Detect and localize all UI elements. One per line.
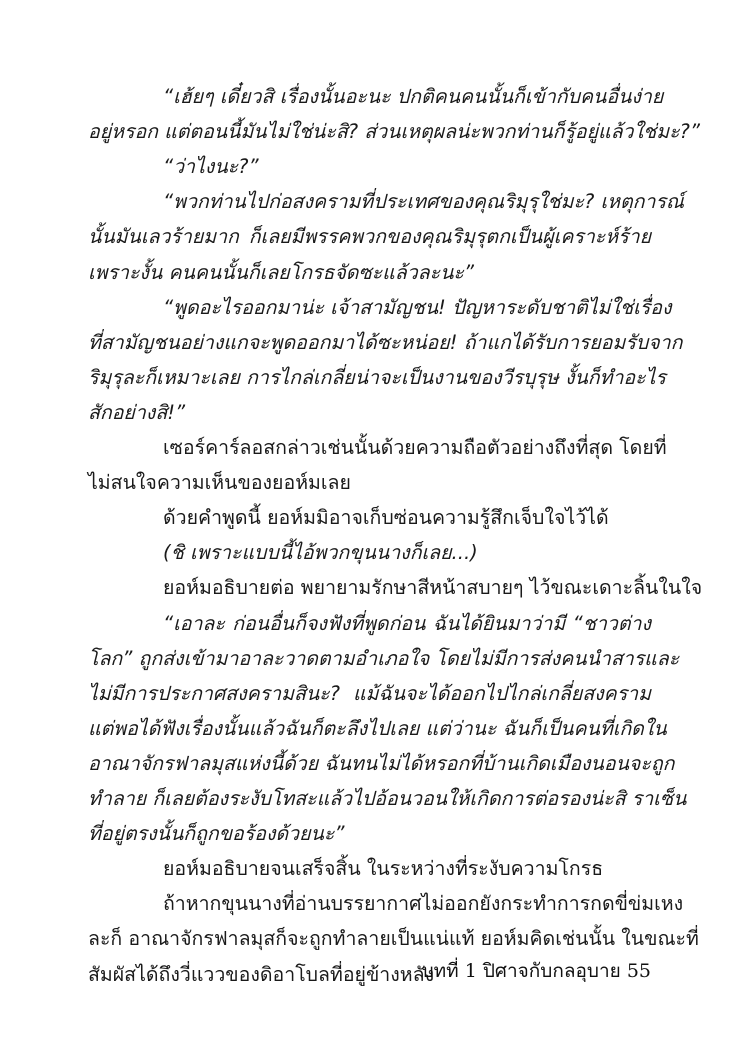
page-number: 55 [627, 960, 651, 982]
paragraph-line: ทำลาย ก็เลยต้องระงับโทสะแล้วไปอ้อนวอนให้… [88, 782, 651, 816]
page-footer: บทที่ 1 ปิศาจกับกลอุบาย 55 [422, 956, 651, 986]
paragraph-first-line: “เฮ้ยๆ เดี๋ยวสิ เรื่องนั้นอะนะ ปกติคนคนน… [163, 80, 651, 114]
paragraph-first-line: ด้วยคำพูดนี้ ยอห์มมิอาจเก็บซ่อนความรู้สึ… [163, 501, 651, 535]
paragraph-line: ไม่มีการประกาศสงครามสินะ? แม้ฉันจะได้ออก… [88, 677, 651, 711]
paragraph-first-line: ถ้าหากขุนนางที่อ่านบรรยากาศไม่ออกยังกระท… [163, 887, 651, 921]
paragraph-line: เพราะงั้น คนคนนั้นก็เลยโกรธจัดซะแล้วละนะ… [88, 256, 651, 290]
paragraph-first-line: เซอร์คาร์ลอสกล่าวเช่นนั้นด้วยความถือตัวอ… [163, 431, 651, 465]
paragraph-line: ที่สามัญชนอย่างแกจะพูดออกมาได้ซะหน่อย! ถ… [88, 326, 651, 360]
paragraph-first-line: (ชิ เพราะแบบนี้ไอ้พวกขุนนางก็เลย...) [163, 536, 651, 570]
book-page: “เฮ้ยๆ เดี๋ยวสิ เรื่องนั้นอะนะ ปกติคนคนน… [0, 0, 738, 1051]
paragraph-first-line: “ว่าไงนะ?” [163, 150, 651, 184]
paragraph-line: แต่พอได้ฟังเรื่องนั้นแล้วฉันก็ตะลึงไปเลย… [88, 712, 651, 746]
paragraph-line: อยู่หรอก แต่ตอนนี้มันไม่ใช่น่ะสิ? ส่วนเห… [88, 115, 651, 149]
paragraph-line: สักอย่างสิ!” [88, 396, 651, 430]
chapter-title: บทที่ 1 ปิศาจกับกลอุบาย [422, 960, 621, 982]
paragraph-first-line: “พูดอะไรออกมาน่ะ เจ้าสามัญชน! ปัญหาระดับ… [163, 291, 651, 325]
paragraph-line: นั้นมันเลวร้ายมาก ก็เลยมีพรรคพวกของคุณริ… [88, 220, 651, 254]
paragraph-line: โลก” ถูกส่งเข้ามาอาละวาดตามอำเภอใจ โดยไม… [88, 642, 651, 676]
paragraph-line: อาณาจักรฟาลมุสแห่งนี้ด้วย ฉันทนไม่ได้หรอ… [88, 747, 651, 781]
paragraph-line: ที่อยู่ตรงนั้นก็ถูกขอร้องด้วยนะ” [88, 817, 651, 851]
paragraph-first-line: “เอาละ ก่อนอื่นก็จงฟังที่พูดก่อน ฉันได้ย… [163, 607, 651, 641]
paragraph-first-line: “พวกท่านไปก่อสงครามที่ประเทศของคุณริมุรุ… [163, 185, 651, 219]
paragraph-line: ไม่สนใจความเห็นของยอห์มเลย [88, 466, 651, 500]
paragraph-line: ละก็ อาณาจักรฟาลมุสก็จะถูกทำลายเป็นแน่แท… [88, 922, 651, 956]
paragraph-first-line: ยอห์มอธิบายต่อ พยายามรักษาสีหน้าสบายๆ ไว… [163, 571, 651, 605]
paragraph-line: ริมุรุละก็เหมาะเลย การไกล่เกลี่ยน่าจะเป็… [88, 361, 651, 395]
paragraph-first-line: ยอห์มอธิบายจนเสร็จสิ้น ในระหว่างที่ระงับ… [163, 852, 651, 886]
